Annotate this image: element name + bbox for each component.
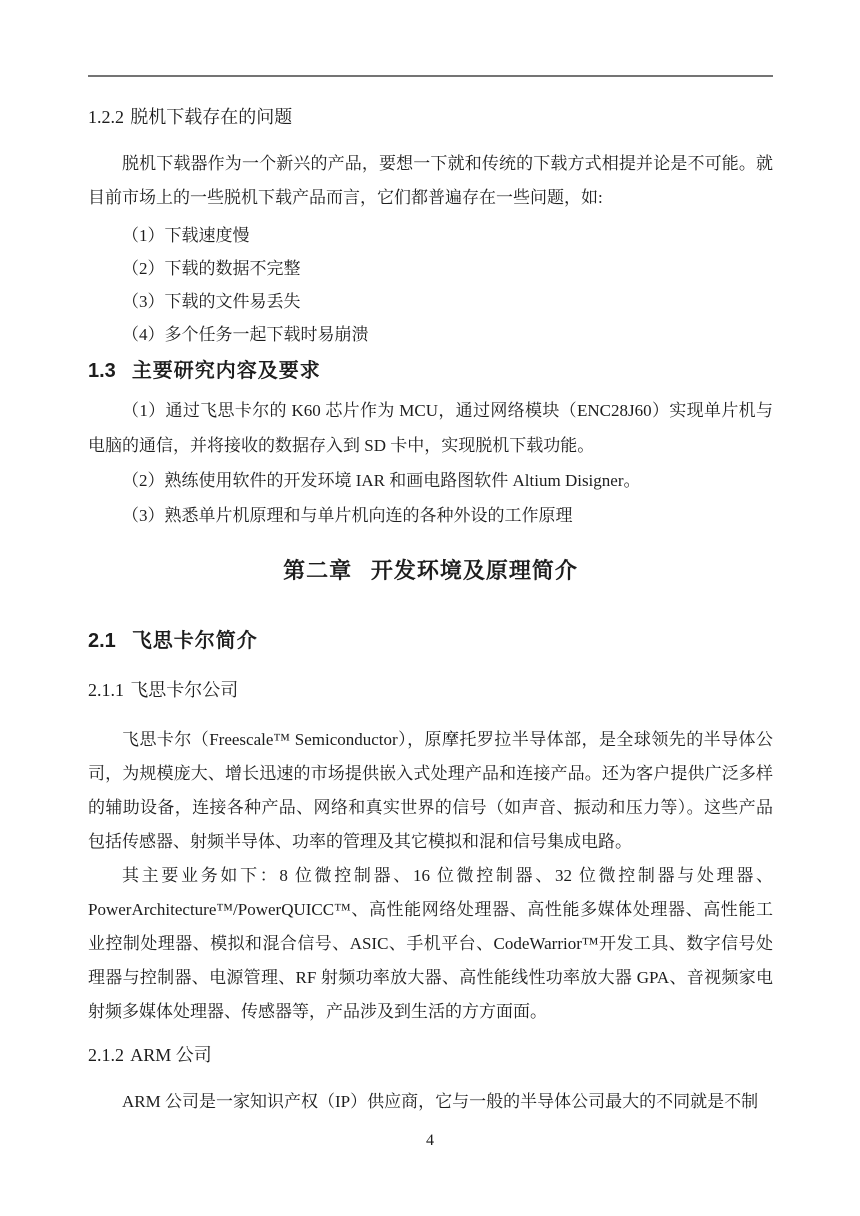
section-heading-1-3: 1.3主要研究内容及要求 (88, 357, 773, 385)
section-heading-2-1: 2.1飞思卡尔简介 (88, 627, 773, 655)
document-page: 1.2.2脱机下载存在的问题 脱机下载器作为一个新兴的产品，要想一下就和传统的下… (0, 0, 860, 1216)
section-heading-text: 脱机下载存在的问题 (130, 107, 292, 127)
chapter-title-text: 开发环境及原理简介 (371, 558, 578, 583)
section-number: 1.3 (88, 360, 116, 382)
list-item: （4）多个任务一起下载时易崩溃 (88, 318, 773, 351)
list-item: （3）下载的文件易丢失 (88, 285, 773, 318)
chapter-number: 第二章 (283, 558, 352, 583)
header-divider-rule (88, 75, 773, 77)
requirement-item: （2）熟练使用软件的开发环境 IAR 和画电路图软件 Altium Disign… (88, 463, 773, 498)
section-number: 1.2.2 (88, 107, 124, 127)
problem-list: （1）下载速度慢 （2）下载的数据不完整 （3）下载的文件易丢失 （4）多个任务… (88, 219, 773, 351)
section-heading-text: 主要研究内容及要求 (132, 360, 321, 382)
page-number: 4 (0, 1132, 860, 1150)
list-item: （2）下载的数据不完整 (88, 252, 773, 285)
chapter-title: 第二章开发环境及原理简介 (88, 555, 773, 587)
section-heading-text: 飞思卡尔公司 (130, 680, 238, 700)
section-heading-text: ARM 公司 (130, 1045, 212, 1065)
section-heading-text: 飞思卡尔简介 (132, 630, 258, 652)
section-heading-1-2-2: 1.2.2脱机下载存在的问题 (88, 104, 773, 130)
section-heading-2-1-2: 2.1.2ARM 公司 (88, 1042, 773, 1068)
section-number: 2.1 (88, 630, 116, 652)
section-number: 2.1.2 (88, 1045, 124, 1065)
section-number: 2.1.1 (88, 680, 124, 700)
requirement-item: （1）通过飞思卡尔的 K60 芯片作为 MCU，通过网络模块（ENC28J60）… (88, 393, 773, 463)
paragraph-offline-download-problems: 脱机下载器作为一个新兴的产品，要想一下就和传统的下载方式相提并论是不可能。就目前… (88, 147, 773, 215)
paragraph-arm-intro: ARM 公司是一家知识产权（IP）供应商，它与一般的半导体公司最大的不同就是不制 (88, 1085, 773, 1119)
section-heading-2-1-1: 2.1.1飞思卡尔公司 (88, 677, 773, 703)
research-requirements-list: （1）通过飞思卡尔的 K60 芯片作为 MCU，通过网络模块（ENC28J60）… (88, 393, 773, 533)
list-item: （1）下载速度慢 (88, 219, 773, 252)
paragraph-freescale-business: 其主要业务如下：8 位微控制器、16 位微控制器、32 位微控制器与处理器、Po… (88, 859, 773, 1029)
paragraph-freescale-intro: 飞思卡尔（Freescale™ Semiconductor），原摩托罗拉半导体部… (88, 723, 773, 859)
requirement-item: （3）熟悉单片机原理和与单片机向连的各种外设的工作原理 (88, 498, 773, 533)
